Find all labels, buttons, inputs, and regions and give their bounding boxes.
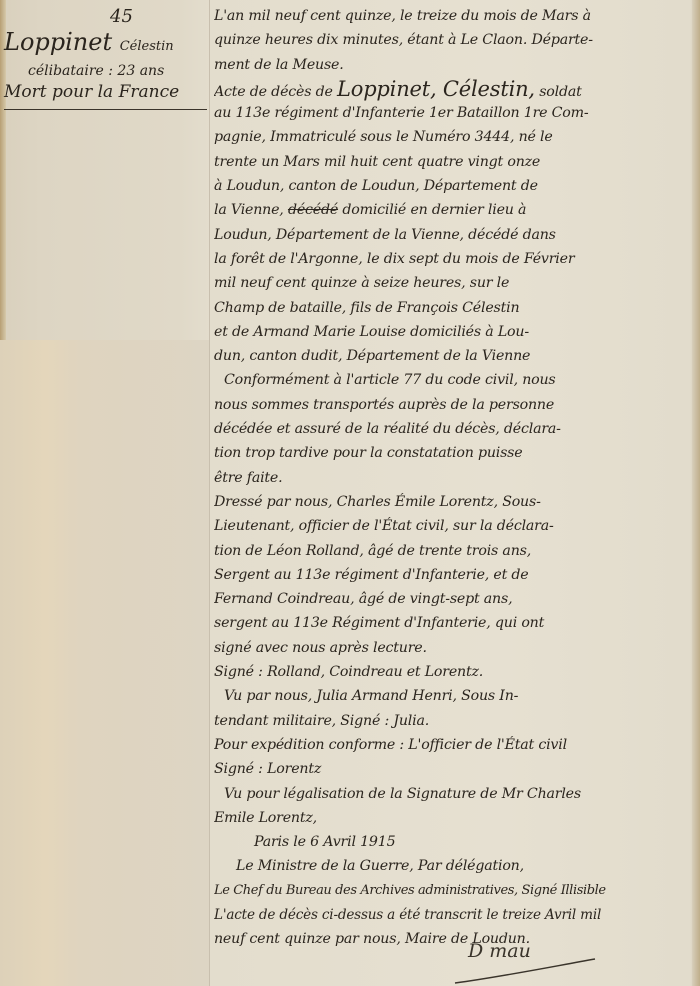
text-line: Lieutenant, officier de l'État civil, su… [214, 514, 692, 538]
register-page: 45 Loppinet Célestin célibataire : 23 an… [0, 0, 700, 986]
struck-word: décédé [288, 202, 338, 218]
text-line: ment de la Meuse. [214, 53, 692, 77]
text-line: Sergent au 113e régiment d'Infanterie, e… [214, 563, 692, 587]
margin-name: Loppinet Célestin [4, 28, 209, 61]
text-line: Vu pour légalisation de la Signature de … [214, 782, 692, 806]
text-line: Le Ministre de la Guerre, Par délégation… [214, 854, 692, 878]
text-line: trente un Mars mil huit cent quatre ving… [214, 150, 692, 174]
text-line: Champ de bataille, fils de François Céle… [214, 296, 692, 320]
text-line: Le Chef du Bureau des Archives administr… [214, 879, 692, 903]
text-line: sergent au 113e Régiment d'Infanterie, q… [214, 611, 692, 635]
margin-rule [209, 0, 210, 986]
page-right-edge [692, 0, 700, 986]
deceased-rank: soldat [539, 84, 581, 100]
text-line: Pour expédition conforme : L'officier de… [214, 733, 692, 757]
text-line: dun, canton dudit, Département de la Vie… [214, 344, 692, 368]
text-line: Conformément à l'article 77 du code civi… [214, 368, 692, 392]
margin-stain [0, 340, 210, 986]
text-line: au 113e régiment d'Infanterie 1er Batail… [214, 101, 692, 125]
text-line: Vu par nous, Julia Armand Henri, Sous In… [214, 684, 692, 708]
text-line: être faite. [214, 466, 692, 490]
text-line: quinze heures dix minutes, étant à Le Cl… [214, 28, 692, 52]
text-line: Signé : Lorentz [214, 757, 692, 781]
margin-note: 45 Loppinet Célestin célibataire : 23 an… [4, 6, 209, 110]
text-line: pagnie, Immatriculé sous le Numéro 3444,… [214, 125, 692, 149]
text-line: L'acte de décès ci-dessus a été transcri… [214, 903, 692, 927]
margin-mention: Mort pour la France [4, 81, 209, 103]
text-line: Emile Lorentz, [214, 806, 692, 830]
margin-given-name: Célestin [120, 39, 174, 54]
deceased-name: Loppinet, Célestin, [337, 77, 535, 101]
death-record-text: L'an mil neuf cent quinze, le treize du … [214, 4, 692, 952]
text-line: L'an mil neuf cent quinze, le treize du … [214, 4, 692, 28]
text-line: tion de Léon Rolland, âgé de trente troi… [214, 539, 692, 563]
text-line: tendant militaire, Signé : Julia. [214, 709, 692, 733]
text-line-date: Paris le 6 Avril 1915 [214, 830, 692, 854]
entry-number: 45 [34, 6, 209, 28]
text-line: Dressé par nous, Charles Émile Lorentz, … [214, 490, 692, 514]
text-line: Loudun, Département de la Vienne, décédé… [214, 223, 692, 247]
text-line: tion trop tardive pour la constatation p… [214, 441, 692, 465]
text-line-with-strike: la Vienne, décédé domicilié en dernier l… [214, 198, 692, 222]
text-line: décédée et assuré de la réalité du décès… [214, 417, 692, 441]
text-line-act-title: Acte de décès de Loppinet, Célestin, sol… [214, 77, 692, 101]
text-line: neuf cent quinze par nous, Maire de Loud… [214, 927, 692, 951]
margin-status: célibataire : 23 ans [4, 61, 209, 81]
text-line: mil neuf cent quinze à seize heures, sur… [214, 271, 692, 295]
text-line: et de Armand Marie Louise domiciliés à L… [214, 320, 692, 344]
margin-underline [4, 109, 207, 110]
text-line: à Loudun, canton de Loudun, Département … [214, 174, 692, 198]
text-line: signé avec nous après lecture. [214, 636, 692, 660]
text-line: Signé : Rolland, Coindreau et Lorentz. [214, 660, 692, 684]
signature-flourish-icon [450, 955, 600, 985]
text-line: la forêt de l'Argonne, le dix sept du mo… [214, 247, 692, 271]
text-line: Fernand Coindreau, âgé de vingt-sept ans… [214, 587, 692, 611]
text-line: nous sommes transportés auprès de la per… [214, 393, 692, 417]
margin-surname: Loppinet [4, 28, 112, 56]
